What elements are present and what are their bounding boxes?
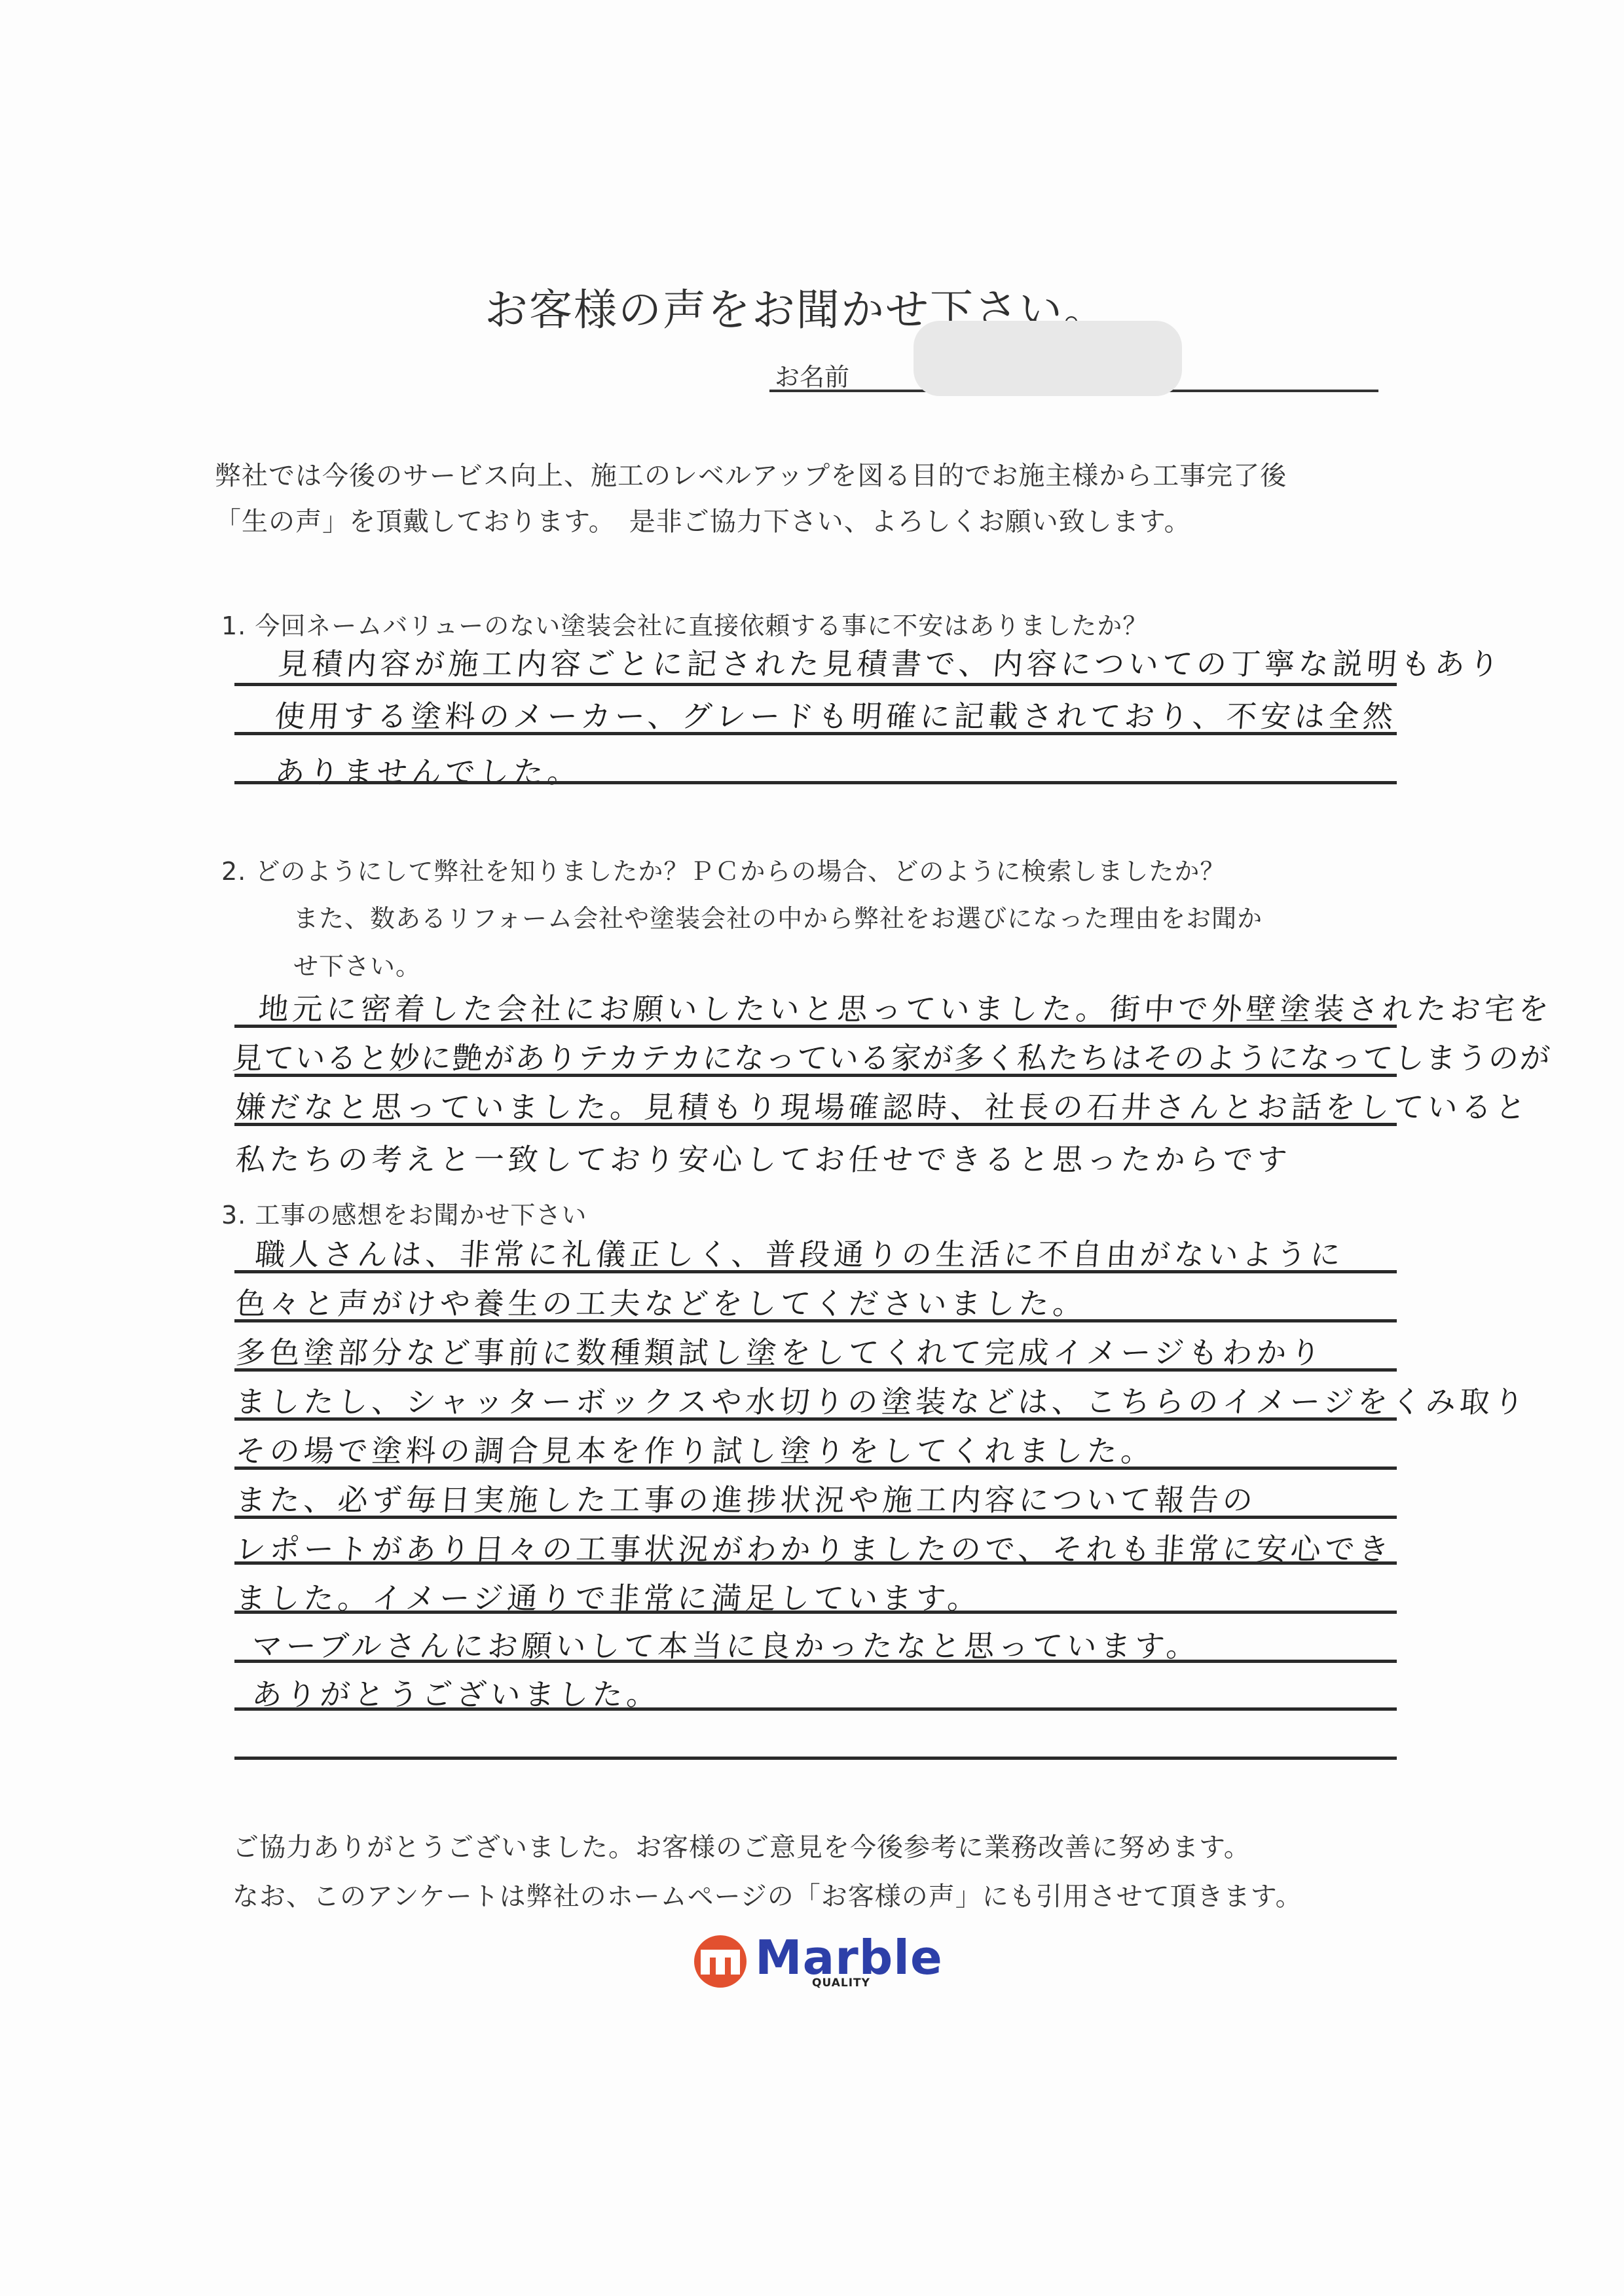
name-field: お名前	[769, 357, 1378, 396]
answer-line: 見ていると妙に艶がありテカテカになっている家が多く私たちはそのようになってしまう…	[231, 1034, 1553, 1078]
closing-line-2: なお、このアンケートは弊社のホームページの「お客様の声」にも引用させて頂きます。	[232, 1876, 1302, 1913]
answer-line: 職人さんは、非常に礼儀正しく、普段通りの生活に不自由がないように	[254, 1231, 1346, 1274]
answer-rule	[234, 1417, 1397, 1421]
answer-rule	[234, 1561, 1397, 1565]
question-1: 1. 今回ネームバリューのない塗装会社に直接依頼する事に不安はありましたか？	[221, 606, 1148, 642]
answer-line: ましたし、シャッターボックスや水切りの塗装などは、こちらのイメージをくみ取り	[234, 1378, 1530, 1421]
intro-line-2: 「生の声」を頂戴しております。 是非ご協力下さい、よろしくお願い致します。	[215, 501, 1191, 538]
answer-rule	[234, 1757, 1397, 1760]
question-2-cont: また、数あるリフォーム会社や塗装会社の中から弊社をお選びになった理由をお聞か	[293, 898, 1263, 934]
answer-line: 私たちの考えと一致しており安心してお任せできると思ったからです	[234, 1136, 1293, 1179]
answer-line: 色々と声がけや養生の工夫などをしてくださいました。	[234, 1280, 1089, 1323]
answer-line: 見積内容が施工内容ごとに記された見積書で、内容についての丁寧な説明もあり	[277, 640, 1505, 683]
question-number: 3.	[221, 1201, 246, 1230]
answer-rule	[234, 1467, 1397, 1470]
answer-rule	[234, 1516, 1397, 1519]
question-text: どのようにして弊社を知りましたか？ＰＣからの場合、どのように検索しましたか？	[255, 857, 1225, 886]
answer-rule	[234, 1368, 1397, 1372]
answer-rule	[234, 1074, 1397, 1077]
logo-tagline: QUALITY	[812, 1977, 870, 1990]
closing-line-1: ご協力ありがとうございました。お客様のご意見を今後参考に業務改善に努めます。	[232, 1827, 1251, 1864]
logo-m-icon	[694, 1935, 747, 1988]
question-2-cont: せ下さい。	[293, 946, 421, 982]
question-number: 2.	[221, 857, 246, 886]
answer-rule	[234, 1123, 1397, 1126]
answer-rule	[234, 1611, 1397, 1614]
answer-line: また、必ず毎日実施した工事の進捗状況や施工内容について報告の	[234, 1476, 1259, 1520]
marble-logo: Marble QUALITY	[694, 1935, 943, 1994]
question-2: 2. どのようにして弊社を知りましたか？ＰＣからの場合、どのように検索しましたか…	[221, 851, 1225, 887]
answer-rule	[234, 683, 1397, 686]
answer-rule	[234, 1319, 1397, 1322]
answer-line: 多色塗部分など事前に数種類試し塗をしてくれて完成イメージもわかり	[234, 1329, 1326, 1372]
name-redaction	[913, 321, 1182, 396]
answer-rule	[234, 732, 1397, 735]
answer-rule	[234, 1707, 1397, 1711]
name-label: お名前	[775, 357, 849, 393]
question-text: 工事の感想をお聞かせ下さい	[255, 1201, 587, 1230]
intro-line-1: 弊社では今後のサービス向上、施工のレベルアップを図る目的でお施主様から工事完了後	[215, 455, 1287, 492]
answer-rule	[234, 1025, 1397, 1028]
answer-rule	[234, 1270, 1397, 1273]
answer-line: 嫌だなと思っていました。見積もり現場確認時、社長の石井さんとお話をしていると	[234, 1084, 1532, 1127]
answer-line: 地元に密着した会社にお願いしたいと思っていました。街中で外壁塗装されたお宅を	[257, 985, 1555, 1029]
answer-line: その場で塗料の調合見本を作り試し塗りをしてくれました。	[234, 1427, 1157, 1470]
answer-line: ありませんでした。	[274, 748, 583, 792]
answer-line: 使用する塗料のメーカー、グレードも明確に記載されており、不安は全然	[274, 693, 1399, 736]
question-text: 今回ネームバリューのない塗装会社に直接依頼する事に不安はありましたか？	[255, 611, 1148, 640]
logo-brand: Marble	[755, 1931, 943, 1984]
question-3: 3. 工事の感想をお聞かせ下さい	[221, 1195, 587, 1231]
answer-rule	[234, 1660, 1397, 1663]
survey-page: お客様の声をお聞かせ下さい。 お名前 弊社では今後のサービス向上、施工のレベルア…	[0, 0, 1624, 2296]
answer-rule	[234, 781, 1397, 784]
question-number: 1.	[221, 611, 246, 640]
